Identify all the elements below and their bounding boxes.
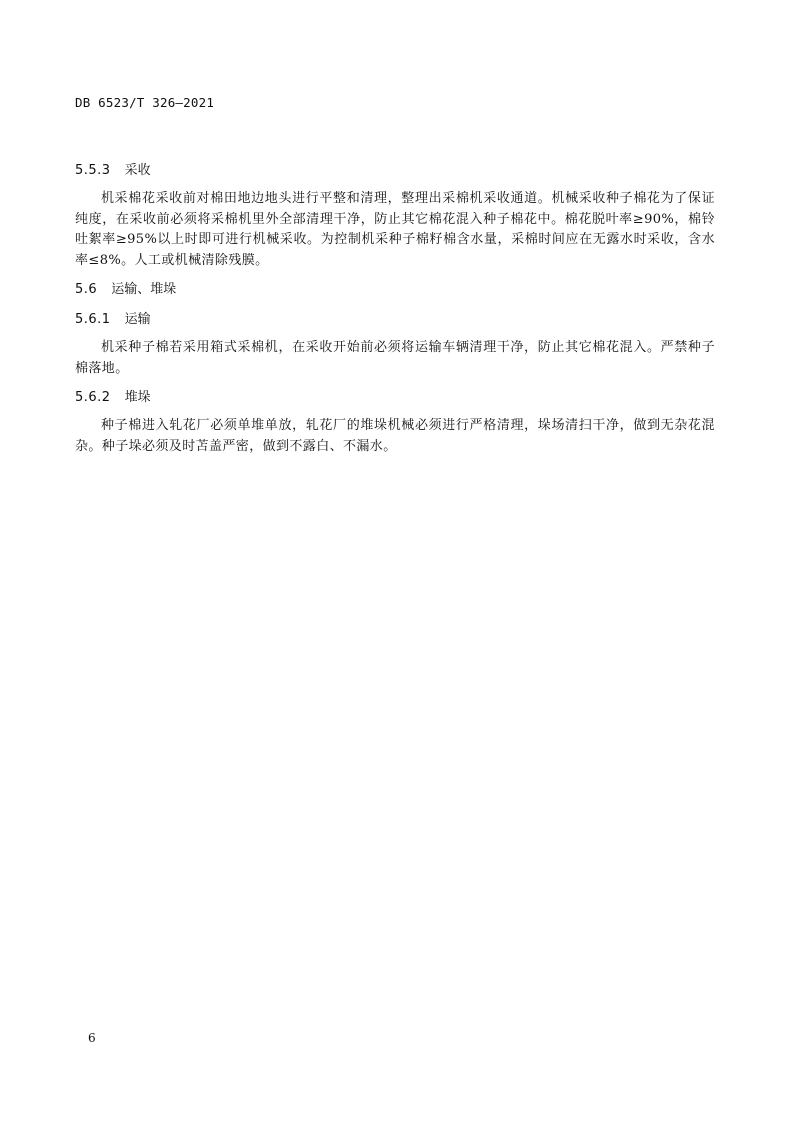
section-title: 堆垛 <box>125 390 151 405</box>
section-paragraph-5-6-2: 种子棉进入轧花厂必须单堆单放，轧花厂的堆垛机械必须进行严格清理，垛场清扫干净，做… <box>75 416 715 457</box>
section-number: 5.6.1 <box>75 309 111 331</box>
page-number: 6 <box>88 1031 96 1045</box>
section-number: 5.6 <box>75 279 97 301</box>
section-number: 5.6.2 <box>75 387 111 409</box>
section-heading-5-6-2: 5.6.2堆垛 <box>75 387 715 409</box>
document-body: 5.5.3采收 机采棉花采收前对棉田地边地头进行平整和清理，整理出采棉机采收通道… <box>75 160 715 457</box>
section-heading-5-6-1: 5.6.1运输 <box>75 309 715 331</box>
section-title: 采收 <box>125 163 151 178</box>
section-heading-5-6: 5.6运输、堆垛 <box>75 279 715 301</box>
section-heading-5-5-3: 5.5.3采收 <box>75 160 715 182</box>
section-title: 运输 <box>125 312 151 327</box>
section-number: 5.5.3 <box>75 160 111 182</box>
document-header-id: DB 6523/T 326—2021 <box>75 95 214 110</box>
section-paragraph-5-5-3: 机采棉花采收前对棉田地边地头进行平整和清理，整理出采棉机采收通道。机械采收种子棉… <box>75 189 715 271</box>
section-title: 运输、堆垛 <box>111 282 176 297</box>
section-paragraph-5-6-1: 机采种子棉若采用箱式采棉机，在采收开始前必须将运输车辆清理干净，防止其它棉花混入… <box>75 338 715 379</box>
